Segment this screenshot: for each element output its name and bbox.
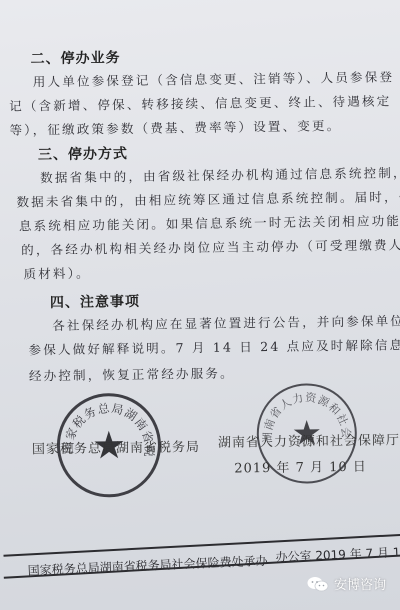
body-line: 各社保经办机构应在显著位置进行公告，并向参保单位、 xyxy=(52,311,400,334)
signature-date: 2019 年 7 月 10 日 xyxy=(234,456,367,477)
signature-right-org: 湖南省人力资源和社会保障厅 xyxy=(218,429,400,451)
body-line: 数据未省集中的，由相应统筹区通过信息系统控制。届时，信 xyxy=(16,187,400,211)
section-heading-3: 三、停办方式 xyxy=(38,143,128,164)
body-line: 质材料）。 xyxy=(23,264,91,283)
body-line: 等），征缴政策参数（费基、费率等）设置、变更。 xyxy=(9,116,341,139)
section-heading-4: 四、注意事项 xyxy=(50,291,140,312)
document-page: 二、停办业务 用人单位参保登记（含信息变更、注销等）、人员参保登 记（含新增、停… xyxy=(0,0,400,610)
watermark-label: 安博咨询 xyxy=(334,574,386,593)
wechat-icon xyxy=(307,576,329,592)
body-line: 数据省集中的，由省级社保经办机构通过信息系统控制， xyxy=(40,163,400,186)
body-line: 用人单位参保登记（含信息变更、注销等）、人员参保登 xyxy=(33,67,394,90)
body-line: 参保人做好解释说明。7 月 14 日 24 点应及时解除信息系统和 xyxy=(28,335,400,359)
body-line: 记（含新增、停保、转移接续、信息变更、终止、待遇核定 xyxy=(9,91,391,114)
signature-left-org: 国家税务总局湖南省税务局 xyxy=(32,436,200,457)
body-line: 的，各经办机构相关经办岗位应当主动停办（可受理缴费人纸 xyxy=(21,235,400,259)
section-heading-2: 二、停办业务 xyxy=(30,47,120,68)
body-line: 息系统相应功能关闭。如果信息系统一时无法关闭相应功能 xyxy=(19,211,400,234)
wechat-watermark: 安博咨询 xyxy=(307,574,386,593)
body-line: 经办控制，恢复正常经办服务。 xyxy=(29,364,235,385)
